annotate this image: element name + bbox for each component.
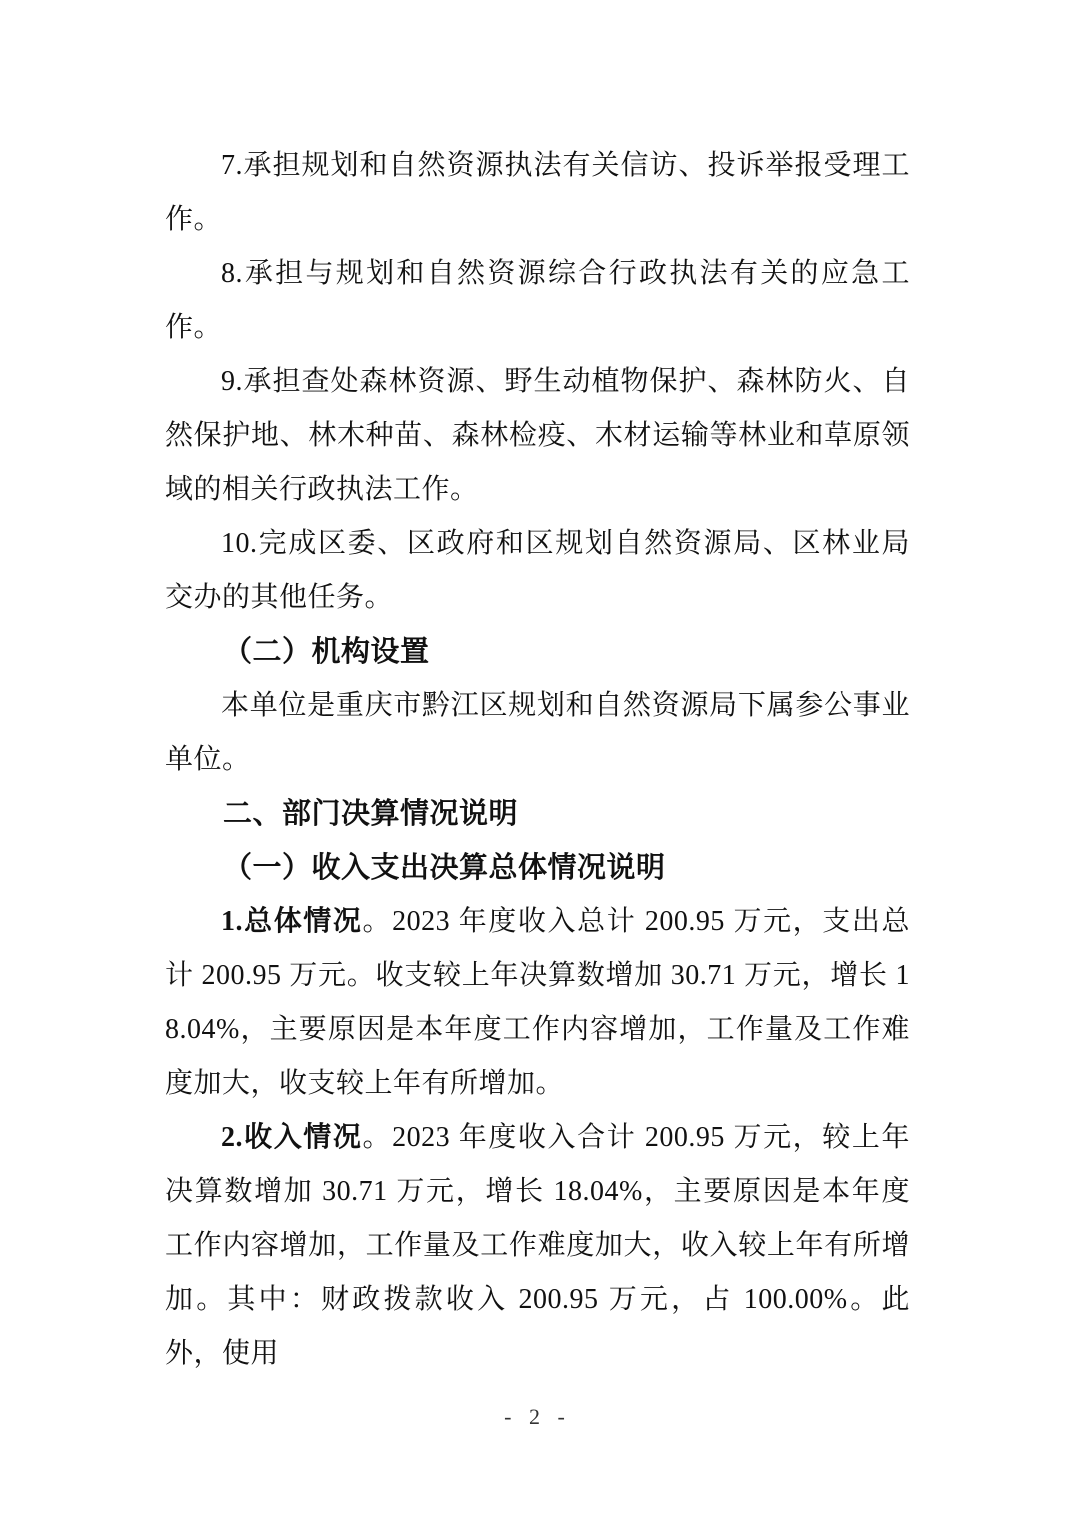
heading-income-expense-overview: （一）收入支出决算总体情况说明 (165, 841, 910, 895)
document-text-block: 7.承担规划和自然资源执法有关信访、投诉举报受理工作。 8.承担与规划和自然资源… (165, 139, 910, 1381)
document-page: 7.承担规划和自然资源执法有关信访、投诉举报受理工作。 8.承担与规划和自然资源… (0, 0, 1075, 1520)
heading-section-final-accounts: 二、部门决算情况说明 (165, 787, 910, 841)
page-number: - 2 - (0, 1402, 1075, 1432)
para-income-situation-text: 。2023 年度收入合计 200.95 万元，较上年决算数增加 30.71 万元… (165, 1122, 910, 1369)
para-duty-9: 9.承担查处森林资源、野生动植物保护、森林防火、自然保护地、林木种苗、森林检疫、… (165, 355, 910, 517)
heading-org-setup: （二）机构设置 (165, 625, 910, 679)
para-overall-situation: 1.总体情况。2023 年度收入总计 200.95 万元，支出总计 200.95… (165, 895, 910, 1111)
para-overall-situation-lead: 1.总体情况 (221, 906, 363, 937)
para-duty-8: 8.承担与规划和自然资源综合行政执法有关的应急工作。 (165, 247, 910, 355)
para-income-situation-lead: 2.收入情况 (221, 1122, 363, 1153)
para-income-situation: 2.收入情况。2023 年度收入合计 200.95 万元，较上年决算数增加 30… (165, 1111, 910, 1381)
para-org-description: 本单位是重庆市黔江区规划和自然资源局下属参公事业单位。 (165, 679, 910, 787)
para-duty-7: 7.承担规划和自然资源执法有关信访、投诉举报受理工作。 (165, 139, 910, 247)
para-duty-10: 10.完成区委、区政府和区规划自然资源局、区林业局交办的其他任务。 (165, 517, 910, 625)
